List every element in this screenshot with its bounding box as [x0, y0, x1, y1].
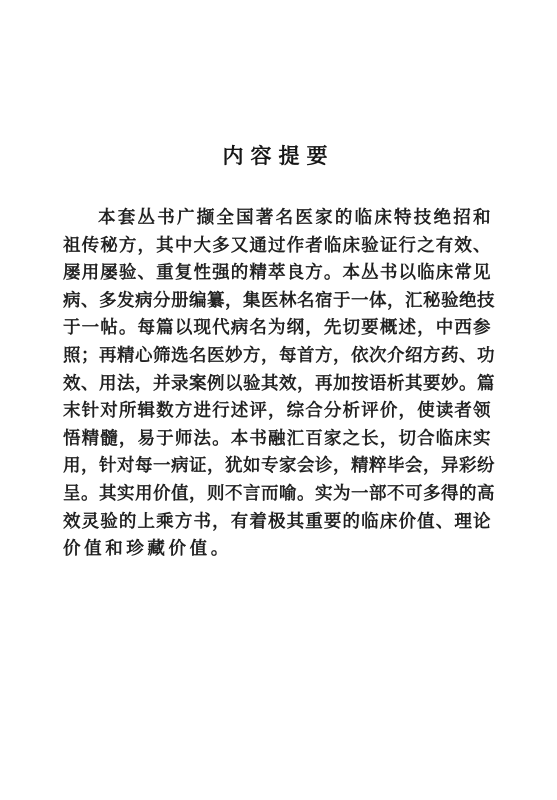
paragraph-line-5: 于一帖。每篇以现代病名为纲，先切要概述，中西参: [63, 315, 491, 343]
paragraph-line-8: 末针对所辑数方进行述评，综合分析评价，使读者领: [63, 398, 491, 426]
paragraph-line-1: 本套丛书广撷全国著名医家的临床特技绝招和: [63, 205, 491, 233]
paragraph-line-13: 价值和珍藏价值。: [63, 536, 491, 564]
paragraph-line-3: 屡用屡验、重复性强的精萃良方。本丛书以临床常见: [63, 260, 491, 288]
paragraph-line-7: 效、用法，并录案例以验其效，再加按语析其要妙。篇: [63, 371, 491, 399]
paragraph-line-11: 呈。其实用价值，则不言而喻。实为一部不可多得的高: [63, 481, 491, 509]
paragraph-line-10: 用，针对每一病证，犹如专家会诊，精粹毕会，异彩纷: [63, 453, 491, 481]
paragraph-line-12: 效灵验的上乘方书，有着极其重要的临床价值、理论: [63, 509, 491, 537]
document-page: 内容提要 本套丛书广撷全国著名医家的临床特技绝招和 祖传秘方，其中大多又通过作者…: [0, 0, 557, 800]
paragraph-line-2: 祖传秘方，其中大多又通过作者临床验证行之有效、: [63, 233, 491, 261]
summary-paragraph: 本套丛书广撷全国著名医家的临床特技绝招和 祖传秘方，其中大多又通过作者临床验证行…: [63, 205, 491, 564]
paragraph-line-9: 悟精髓，易于师法。本书融汇百家之长，切合临床实: [63, 426, 491, 454]
paragraph-line-4: 病、多发病分册编纂，集医林名宿于一体，汇秘验绝技: [63, 288, 491, 316]
paragraph-line-6: 照；再精心筛选名医妙方，每首方，依次介绍方药、功: [63, 343, 491, 371]
page-title: 内容提要: [0, 140, 557, 170]
